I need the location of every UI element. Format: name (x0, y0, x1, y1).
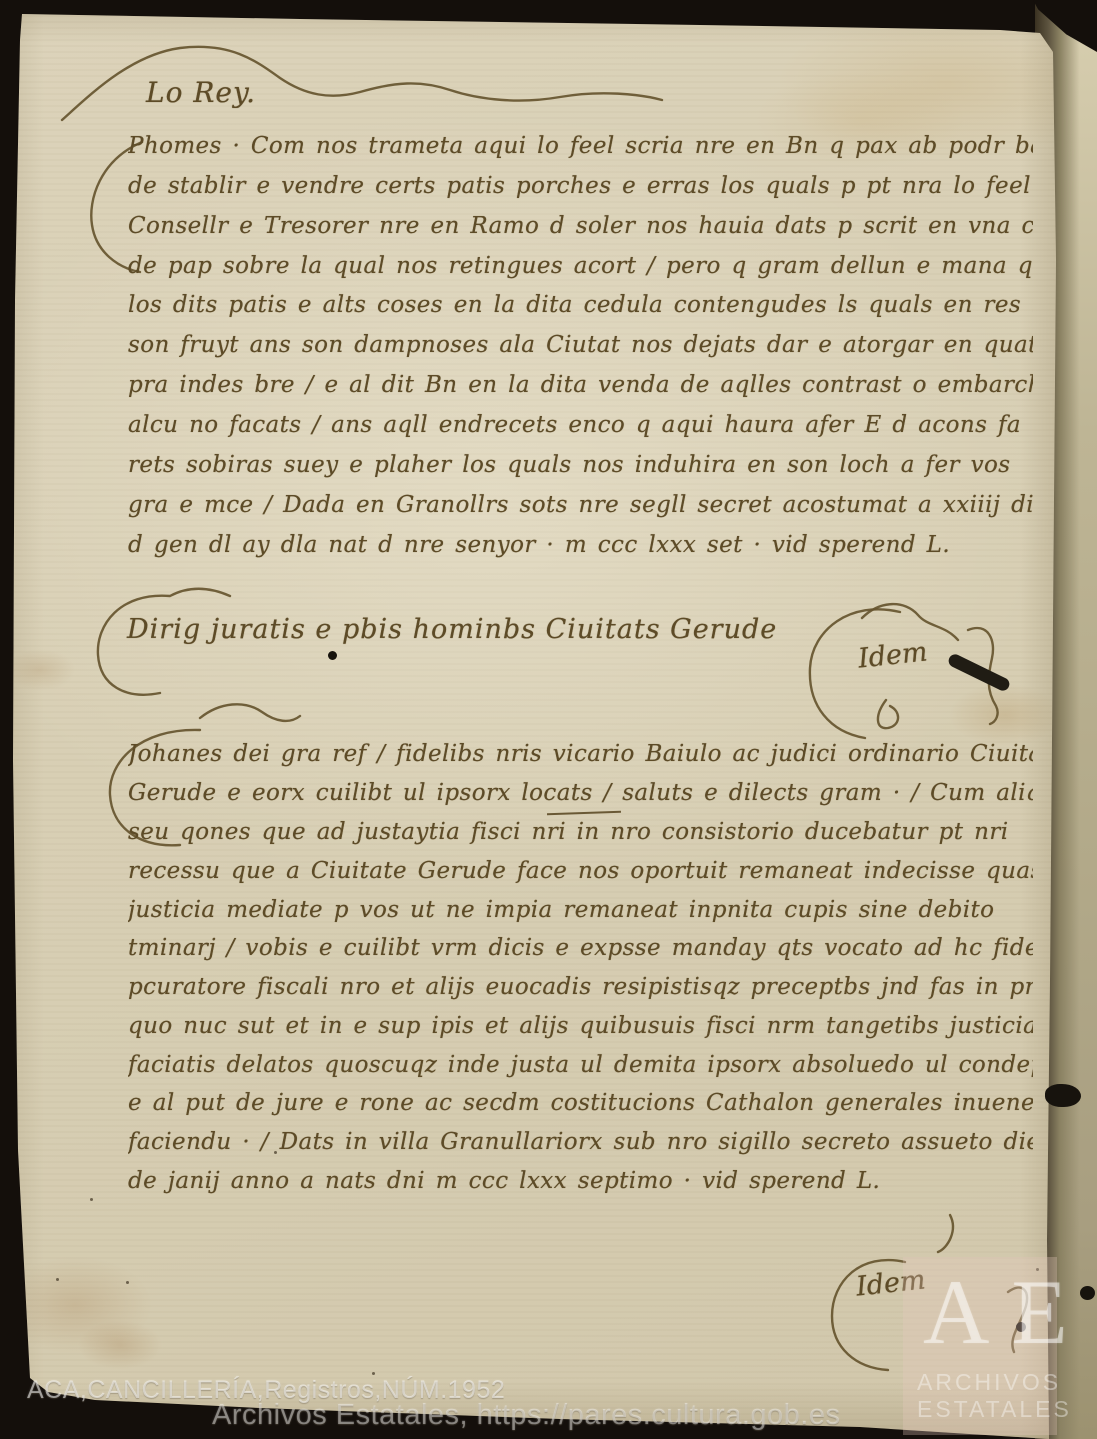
scanned-manuscript-viewport: Lo Rey. Phomes · Com nos trameta aqui lo… (0, 0, 1097, 1439)
archivos-estatales-logo: AE ARCHIVOS ESTATALES (903, 1257, 1057, 1435)
manuscript-line: faciendu · / Dats in villa Granullariorx… (128, 1129, 1033, 1155)
logo-caption-line2: ESTATALES (917, 1396, 1097, 1423)
logo-caption: ARCHIVOS ESTATALES (917, 1369, 1097, 1423)
manuscript-line: quo nuc sut et in e sup ipis et alijs qu… (128, 1013, 1033, 1039)
manuscript-line: justicia mediate p vos ut ne impia reman… (128, 897, 1033, 923)
manuscript-line: Consellr e Tresorer nre en Ramo d soler … (128, 213, 1033, 239)
manuscript-line: e al put de jure e rone ac secdm costitu… (128, 1090, 1033, 1116)
manuscript-line: d gen dl ay dla nat d nre senyor · m ccc… (128, 532, 1033, 558)
manuscript-line: de pap sobre la qual nos retingues acort… (128, 253, 1033, 279)
heading-lo-rey: Lo Rey. (146, 76, 256, 109)
manuscript-line: de stablir e vendre certs patis porches … (128, 173, 1033, 199)
watermark-url-text: Archivos Estatales, https://pares.cultur… (212, 1399, 840, 1432)
manuscript-line: Phomes · Com nos trameta aqui lo feel sc… (128, 133, 1033, 159)
manuscript-line: los dits patis e alts coses en la dita c… (128, 292, 1033, 318)
manuscript-line: faciatis delatos quoscuqz inde justa ul … (128, 1052, 1033, 1078)
strike-through-mark (547, 811, 621, 816)
idem-notation: Idem (857, 636, 929, 674)
manuscript-line: gra e mce / Dada en Granollrs sots nre s… (128, 492, 1033, 518)
manuscript-line: Gerude e eorx cuilibt ul ipsorx locats /… (128, 780, 1033, 806)
manuscript-line: Johanes dei gra ref / fidelibs nris vica… (128, 741, 1033, 767)
manuscript-line: tminarj / vobis e cuilibt vrm dicis e ex… (128, 935, 1033, 961)
manuscript-line: pra indes bre / e al dit Bn en la dita v… (128, 372, 1033, 398)
logo-initials: AE (923, 1259, 1090, 1365)
handwritten-text-layer: Lo Rey. Phomes · Com nos trameta aqui lo… (0, 0, 1097, 1439)
manuscript-line: recessu que a Ciuitate Gerude face nos o… (128, 858, 1033, 884)
manuscript-line: alcu no facats / ans aqll endrecets enco… (128, 412, 1033, 438)
manuscript-line: son fruyt ans son dampnoses ala Ciutat n… (128, 332, 1033, 358)
logo-caption-line1: ARCHIVOS (917, 1369, 1097, 1396)
manuscript-line: rets sobiras suey e plaher los quals nos… (128, 452, 1033, 478)
manuscript-line: seu qones que ad justaytia fisci nri in … (128, 819, 1033, 845)
address-heading: Dirig juratis e pbis hominbs Ciuitats Ge… (127, 614, 777, 645)
manuscript-line: pcuratore fiscali nro et alijs euocadis … (128, 974, 1033, 1000)
manuscript-line: de janij anno a nats dni m ccc lxxx sept… (128, 1168, 1033, 1194)
